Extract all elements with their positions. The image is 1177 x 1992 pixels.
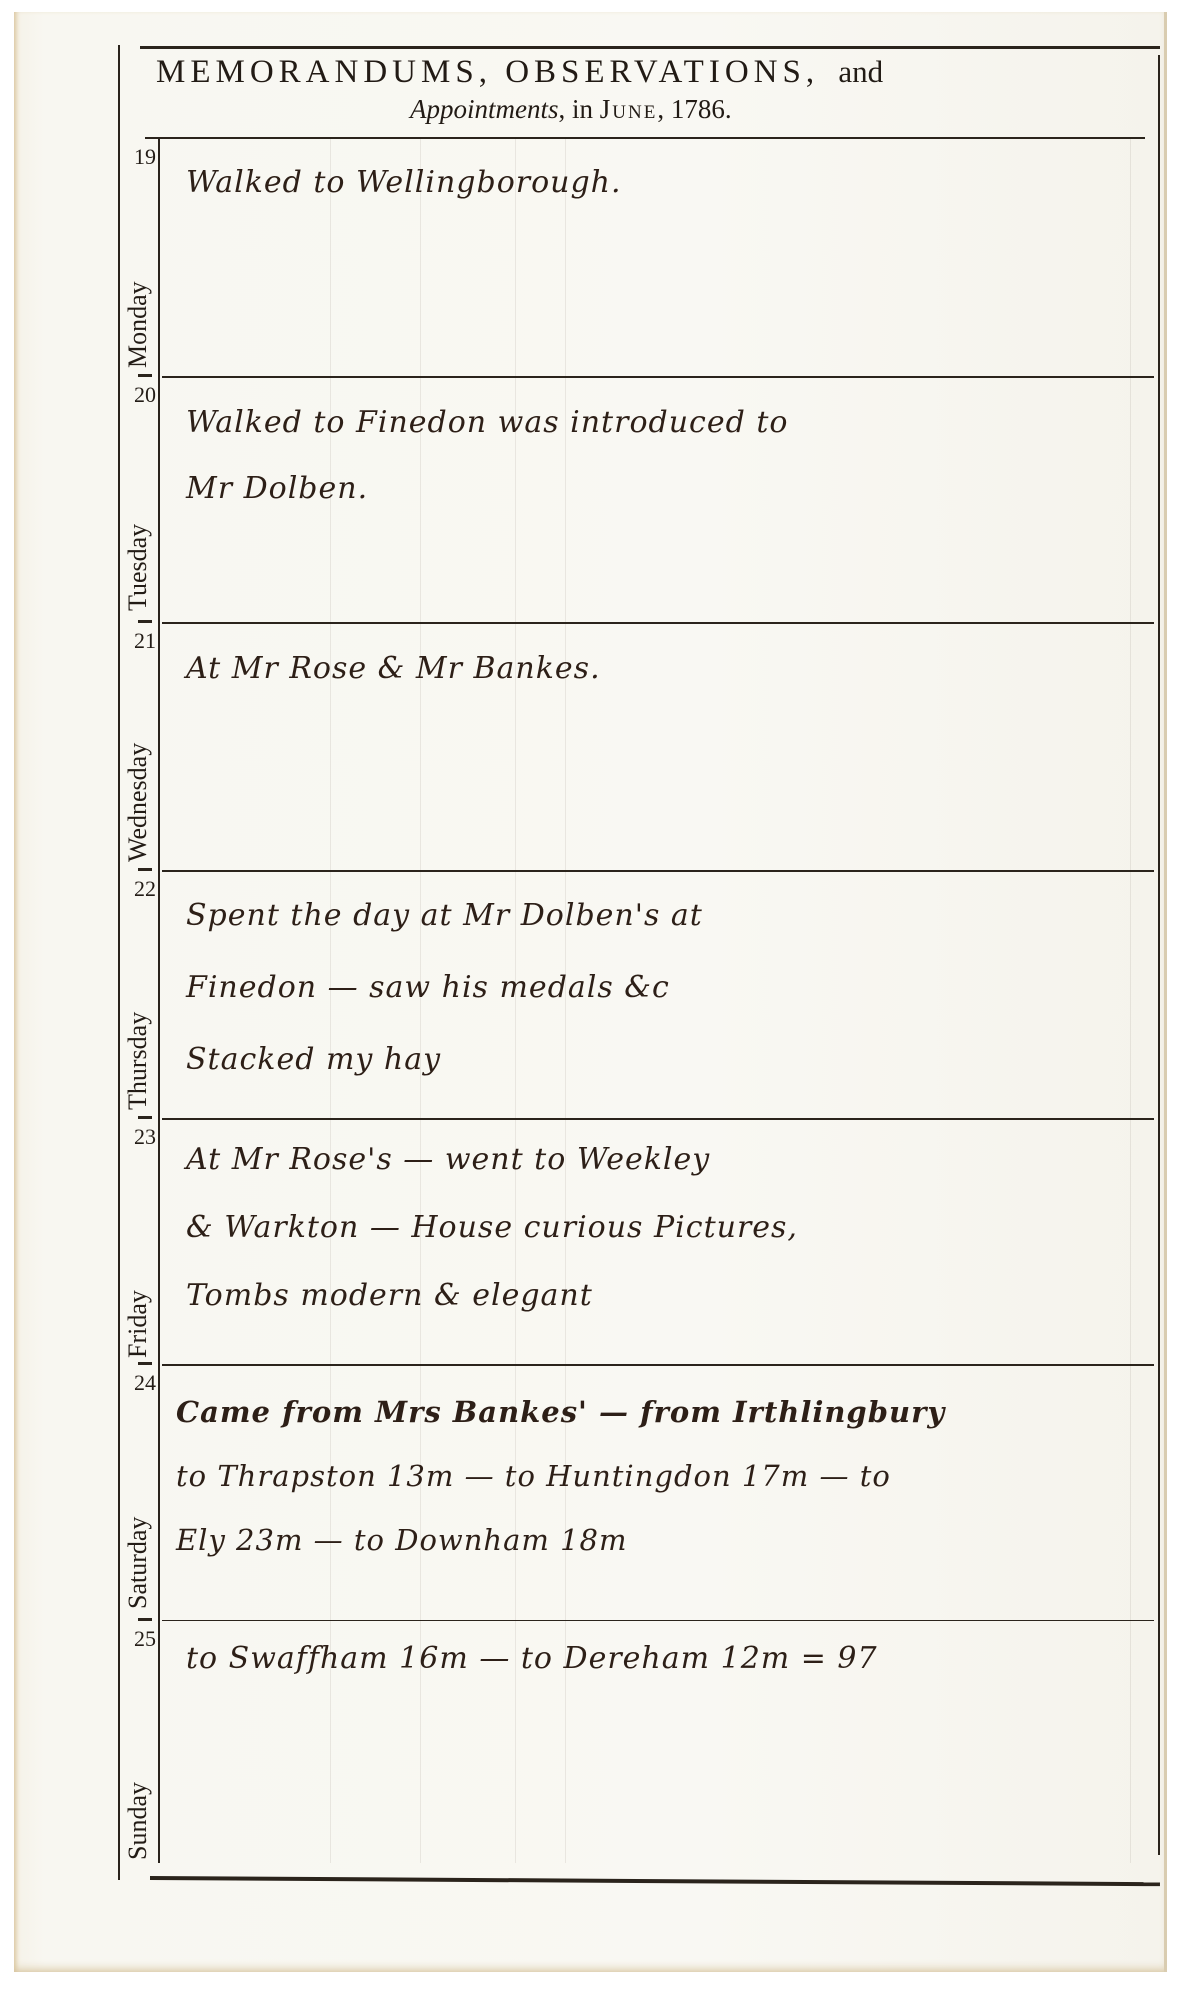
entry-line: Stacked my hay — [186, 1024, 1136, 1096]
page-frame-right — [1158, 55, 1160, 1855]
day-row-tuesday: 20 Tuesday Walked to Finedon was introdu… — [118, 376, 1158, 620]
day-row-monday: 19 Monday Walked to Wellingborough. — [118, 138, 1158, 374]
day-number: 24 — [134, 1370, 156, 1396]
entry-line: At Mr Rose's — went to Weekley — [186, 1126, 1136, 1194]
day-number: 20 — [134, 382, 156, 408]
diary-entry: Walked to Wellingborough. — [186, 150, 1136, 216]
day-name: Monday — [118, 198, 158, 368]
day-tick — [138, 374, 152, 377]
entry-line: Walked to Finedon was introduced to — [186, 390, 1136, 456]
diary-entry: Came from Mrs Bankes' — from Irthlingbur… — [176, 1380, 1126, 1572]
day-tick — [138, 1116, 152, 1119]
day-separator — [162, 622, 1154, 624]
day-name: Sunday — [118, 1720, 158, 1860]
entry-line: At Mr Rose & Mr Bankes. — [186, 636, 1136, 702]
day-number: 21 — [134, 628, 156, 654]
day-tick — [138, 1362, 152, 1365]
entry-line: Walked to Wellingborough. — [186, 150, 1136, 216]
day-separator — [162, 376, 1154, 378]
day-number: 22 — [134, 876, 156, 902]
day-tick — [138, 868, 152, 871]
diary-entry: Walked to Finedon was introduced to Mr D… — [186, 390, 1136, 522]
day-name: Saturday — [118, 1444, 158, 1609]
entry-line: to Thrapston 13m — to Huntingdon 17m — t… — [176, 1444, 1126, 1508]
day-name: Tuesday — [118, 446, 158, 611]
day-row-saturday: 24 Saturday Came from Mrs Bankes' — from… — [118, 1364, 1158, 1618]
entry-line: Came from Mrs Bankes' — from Irthlingbur… — [176, 1380, 1126, 1444]
day-separator — [162, 870, 1154, 872]
day-row-wednesday: 21 Wednesday At Mr Rose & Mr Bankes. — [118, 622, 1158, 868]
day-name: Friday — [118, 1228, 158, 1358]
day-number: 19 — [134, 144, 156, 170]
day-name: Wednesday — [118, 662, 158, 862]
entry-line: Spent the day at Mr Dolben's at — [186, 880, 1136, 952]
diary-entry: to Swaffham 16m — to Dereham 12m = 97 — [186, 1626, 1136, 1692]
diary-entry: At Mr Rose & Mr Bankes. — [186, 636, 1136, 702]
day-number: 23 — [134, 1124, 156, 1150]
diary-entry: Spent the day at Mr Dolben's at Finedon … — [186, 880, 1136, 1096]
day-row-sunday: 25 Sunday to Swaffham 16m — to Dereham 1… — [118, 1620, 1158, 1864]
page-header: MEMORANDUMS, OBSERVATIONS, and Appointme… — [140, 52, 1160, 136]
top-rule — [140, 46, 1160, 49]
day-tick — [138, 1618, 152, 1621]
entry-line: to Swaffham 16m — to Dereham 12m = 97 — [186, 1626, 1136, 1692]
day-separator — [162, 1364, 1154, 1366]
day-separator — [162, 1620, 1154, 1621]
entry-line: Ely 23m — to Downham 18m — [176, 1508, 1126, 1572]
day-separator — [162, 1118, 1154, 1120]
day-name: Thursday — [118, 930, 158, 1110]
page-title: MEMORANDUMS, OBSERVATIONS, and — [156, 54, 883, 91]
entry-line: Mr Dolben. — [186, 456, 1136, 522]
diary-entry: At Mr Rose's — went to Weekley & Warkton… — [186, 1126, 1136, 1330]
day-row-thursday: 22 Thursday Spent the day at Mr Dolben's… — [118, 870, 1158, 1116]
entry-line: & Warkton — House curious Pictures, — [186, 1194, 1136, 1262]
day-number: 25 — [134, 1626, 156, 1652]
entry-line: Tombs modern & elegant — [186, 1262, 1136, 1330]
day-tick — [138, 620, 152, 623]
day-row-friday: 23 Friday At Mr Rose's — went to Weekley… — [118, 1118, 1158, 1362]
entry-line: Finedon — saw his medals &c — [186, 952, 1136, 1024]
page-subtitle: Appointments, in June, 1786. — [410, 94, 732, 125]
